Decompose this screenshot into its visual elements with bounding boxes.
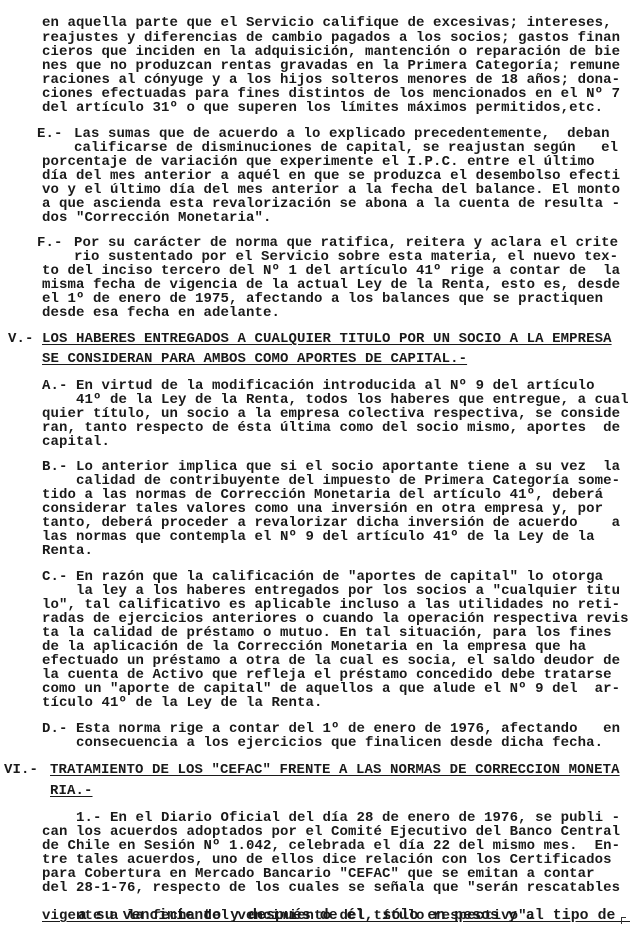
text-line: Esta norma rige a contar del 1º de enero… bbox=[76, 722, 620, 736]
text-line: tanto, deberá proceder a revalorizar dic… bbox=[42, 516, 620, 530]
text-line: la cuenta de Activo que refleja el prést… bbox=[42, 668, 612, 682]
section-number: VI.- bbox=[4, 763, 38, 777]
text-line: En el Diario Oficial del día 28 de enero… bbox=[110, 811, 620, 825]
text-line: quier título, un socio a la empresa cole… bbox=[42, 407, 620, 421]
text-line: En virtud de la modificación introducida… bbox=[76, 379, 595, 393]
text-line: la ley a los haberes entregados por los … bbox=[76, 584, 620, 598]
text-line: nes que no produzcan rentas gravadas en … bbox=[42, 59, 620, 73]
text-line: raciones al cónyuge y a los hijos solter… bbox=[42, 73, 620, 87]
item-label: D.- bbox=[42, 722, 68, 736]
underlined-fragment: vigente a la fecha del vencimiento del t… bbox=[42, 909, 535, 923]
text-line: En razón que la calificación de "aportes… bbox=[76, 570, 603, 584]
section-heading: RIA.- bbox=[50, 784, 93, 798]
text-line: desde esa fecha en adelante. bbox=[42, 306, 280, 320]
text-line: can los acuerdos adoptados por el Comité… bbox=[42, 825, 620, 839]
text-line: las normas que contempla el Nº 9 del art… bbox=[42, 530, 595, 544]
text-line: ciones efectuadas para fines distintos d… bbox=[42, 87, 620, 101]
document-page: en aquella parte que el Servicio califiq… bbox=[0, 0, 630, 930]
text-line: Por su carácter de norma que ratifica, r… bbox=[74, 236, 618, 250]
text-line: radas de ejercicios anteriores o cuando … bbox=[42, 612, 629, 626]
text-line: rio sustentado por el Servicio sobre est… bbox=[74, 250, 618, 264]
text-line: ta la calidad de préstamo o mutuo. En ta… bbox=[42, 626, 612, 640]
item-label: A.- bbox=[42, 379, 68, 393]
text-line: en aquella parte que el Servicio califiq… bbox=[42, 16, 612, 30]
text-line: calidad de contribuyente del impuesto de… bbox=[76, 474, 620, 488]
text-line: de Chile en Sesión Nº 1.042, celebrada e… bbox=[42, 839, 620, 853]
item-label: F.- bbox=[37, 236, 63, 250]
text-line: tido a las normas de Corrección Monetari… bbox=[42, 488, 603, 502]
text-line: capital. bbox=[42, 435, 110, 449]
text-line: dos "Corrección Monetaria". bbox=[42, 211, 272, 225]
text-line: reajustes y diferencias de cambio pagado… bbox=[42, 31, 620, 45]
text-line: cieros que inciden en la adquisición, ma… bbox=[42, 45, 620, 59]
text-line: Las sumas que de acuerdo a lo explicado … bbox=[74, 127, 610, 141]
text-line: to del inciso tercero del Nº 1 del artíc… bbox=[42, 264, 620, 278]
item-label: 1.- bbox=[76, 811, 102, 825]
text-line: de la aplicación de la Corrección Moneta… bbox=[42, 640, 586, 654]
text-line: tículo 41º de la Ley de la Renta. bbox=[42, 696, 323, 710]
text-line: Renta. bbox=[42, 544, 93, 558]
text-line: lo", tal calificativo es aplicable inclu… bbox=[42, 598, 620, 612]
text-line: para Cobertura en Mercado Bancario "CEFA… bbox=[42, 867, 595, 881]
text-line: del 28-1-76, respecto de los cuales se s… bbox=[42, 881, 620, 895]
section-heading: SE CONSIDERAN PARA AMBOS COMO APORTES DE… bbox=[42, 352, 467, 366]
text-line: ran, tanto respecto de ésta última como … bbox=[42, 421, 620, 435]
section-heading: LOS HABERES ENTREGADOS A CUALQUIER TITUL… bbox=[42, 332, 612, 346]
item-label: E.- bbox=[37, 127, 63, 141]
underlined-fragment: al tipo de cambio bbox=[526, 908, 630, 924]
text-line: 41º de la Ley de la Renta, todos los hab… bbox=[76, 393, 629, 407]
item-label: C.- bbox=[42, 570, 68, 584]
text-line: vo y el último día del mes anterior a la… bbox=[42, 183, 620, 197]
text-line: misma fecha de vigencia de la actual Ley… bbox=[42, 278, 620, 292]
section-heading: TRATAMIENTO DE LOS "CEFAC" FRENTE A LAS … bbox=[50, 763, 620, 777]
section-number: V.- bbox=[8, 332, 34, 346]
corner-mark bbox=[621, 917, 626, 924]
text-line: tre tales acuerdos, uno de ellos dice re… bbox=[42, 853, 612, 867]
text-line: consecuencia a los ejercicios que finali… bbox=[76, 736, 603, 750]
text-line: efectuado un préstamo a otra de la cual … bbox=[42, 654, 620, 668]
text-line: como un "aporte de capital" de aquellos … bbox=[42, 682, 620, 696]
text-line: el 1º de enero de 1975, afectando a los … bbox=[42, 292, 603, 306]
text-line: del artículo 31º o que superen los límit… bbox=[42, 101, 603, 115]
text-line: porcentaje de variación que experimente … bbox=[42, 155, 595, 169]
text-line: Lo anterior implica que si el socio apor… bbox=[76, 460, 620, 474]
text-line: día del mes anterior a aquél en que se p… bbox=[42, 169, 620, 183]
item-label: B.- bbox=[42, 460, 68, 474]
text-line: a que ascienda esta revalorización se ab… bbox=[42, 197, 620, 211]
text-line: considerar tales valores como una invers… bbox=[42, 502, 603, 516]
text-line: calificarse de disminuciones de capital,… bbox=[74, 141, 618, 155]
